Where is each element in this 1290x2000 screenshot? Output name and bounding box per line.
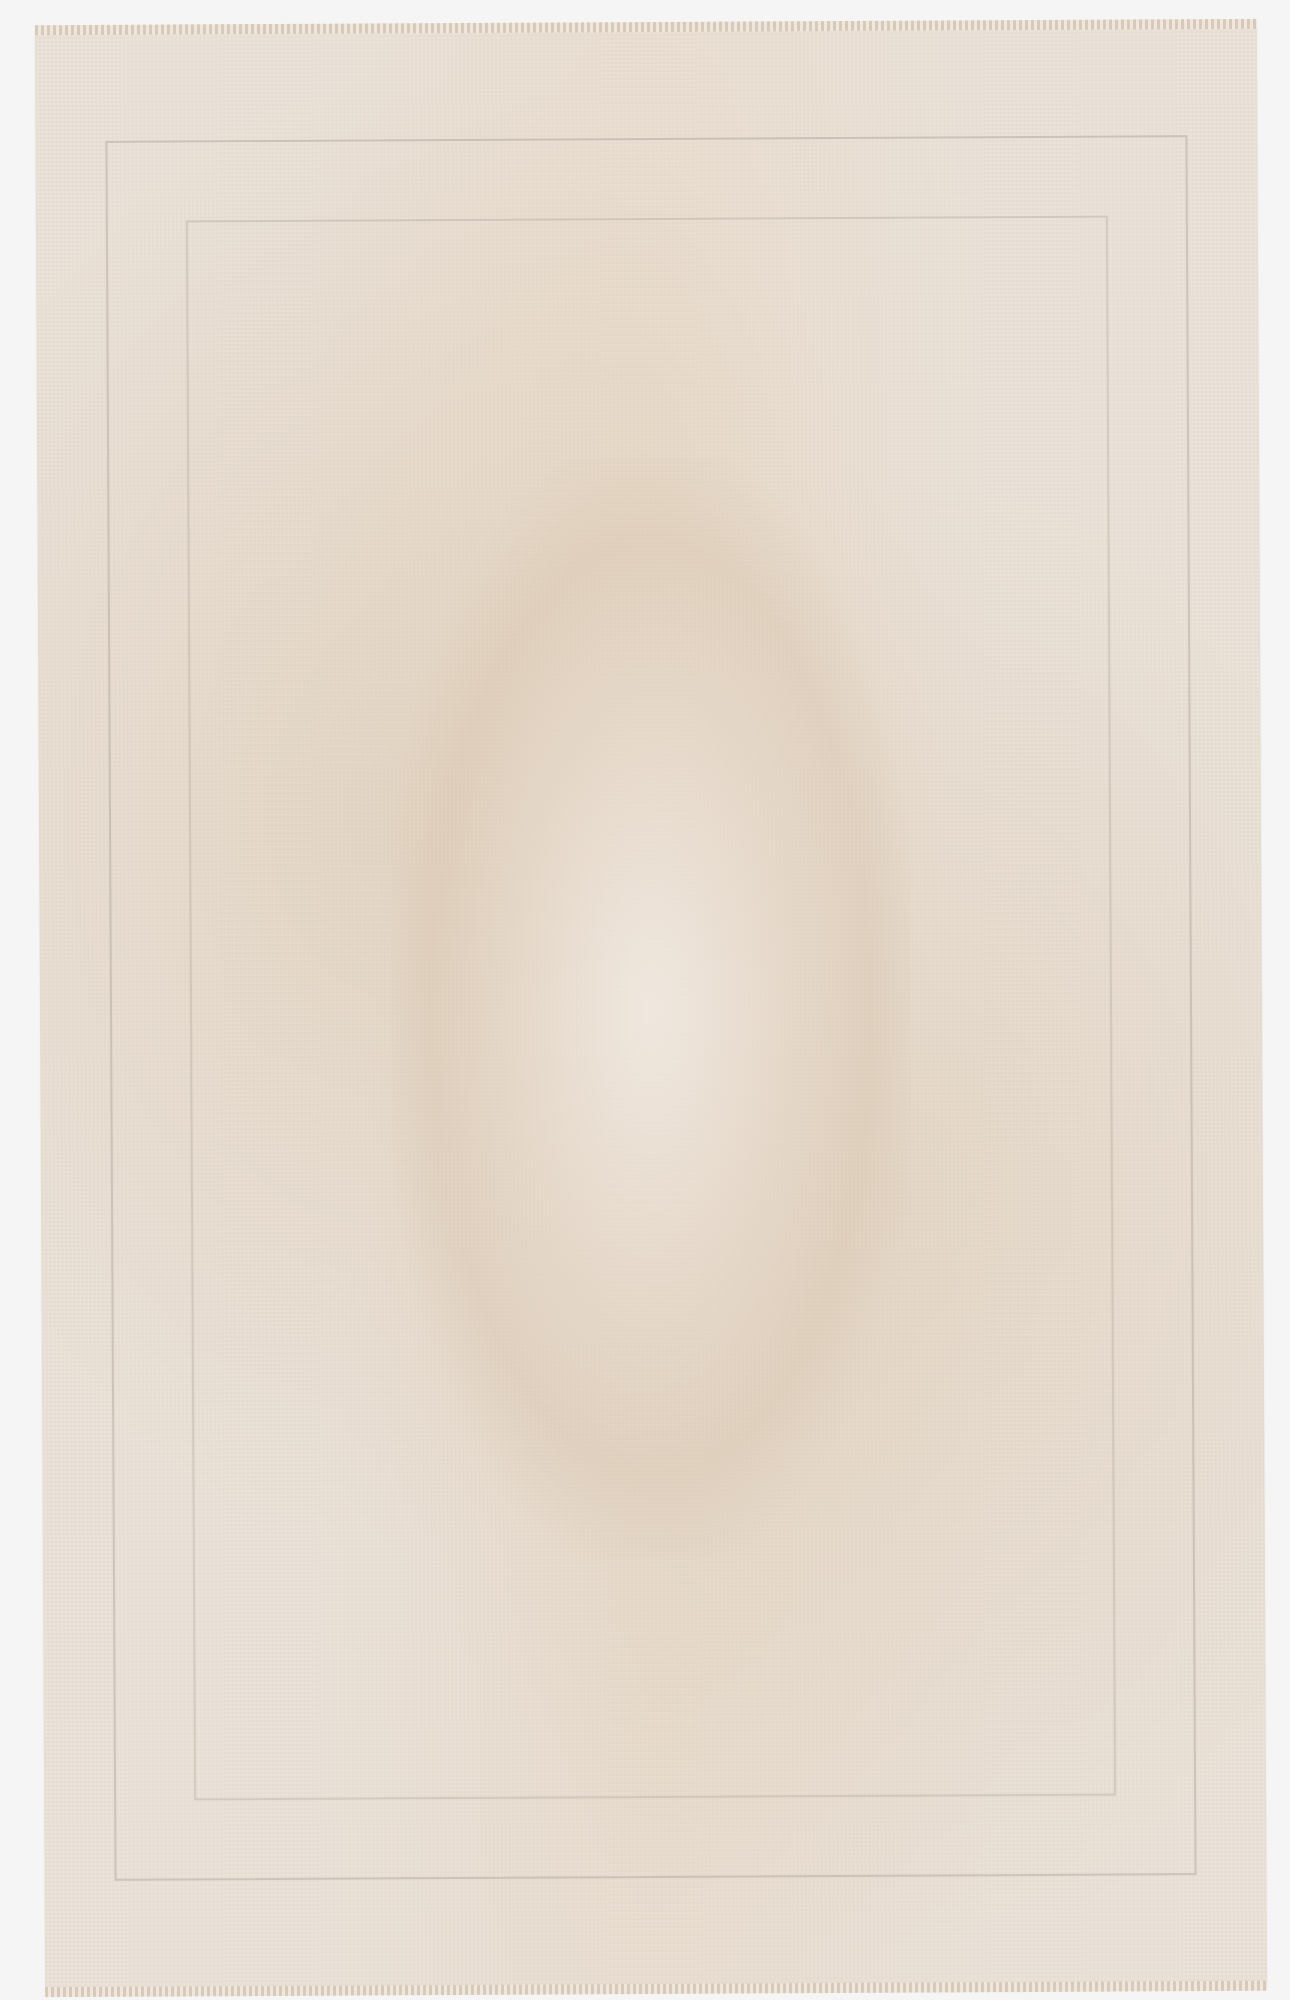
rug-fringe-bottom	[45, 1981, 1267, 1997]
rug-photo	[35, 25, 1267, 1991]
rug-central-medallion	[388, 457, 914, 1560]
rug-fringe-top	[35, 19, 1257, 35]
